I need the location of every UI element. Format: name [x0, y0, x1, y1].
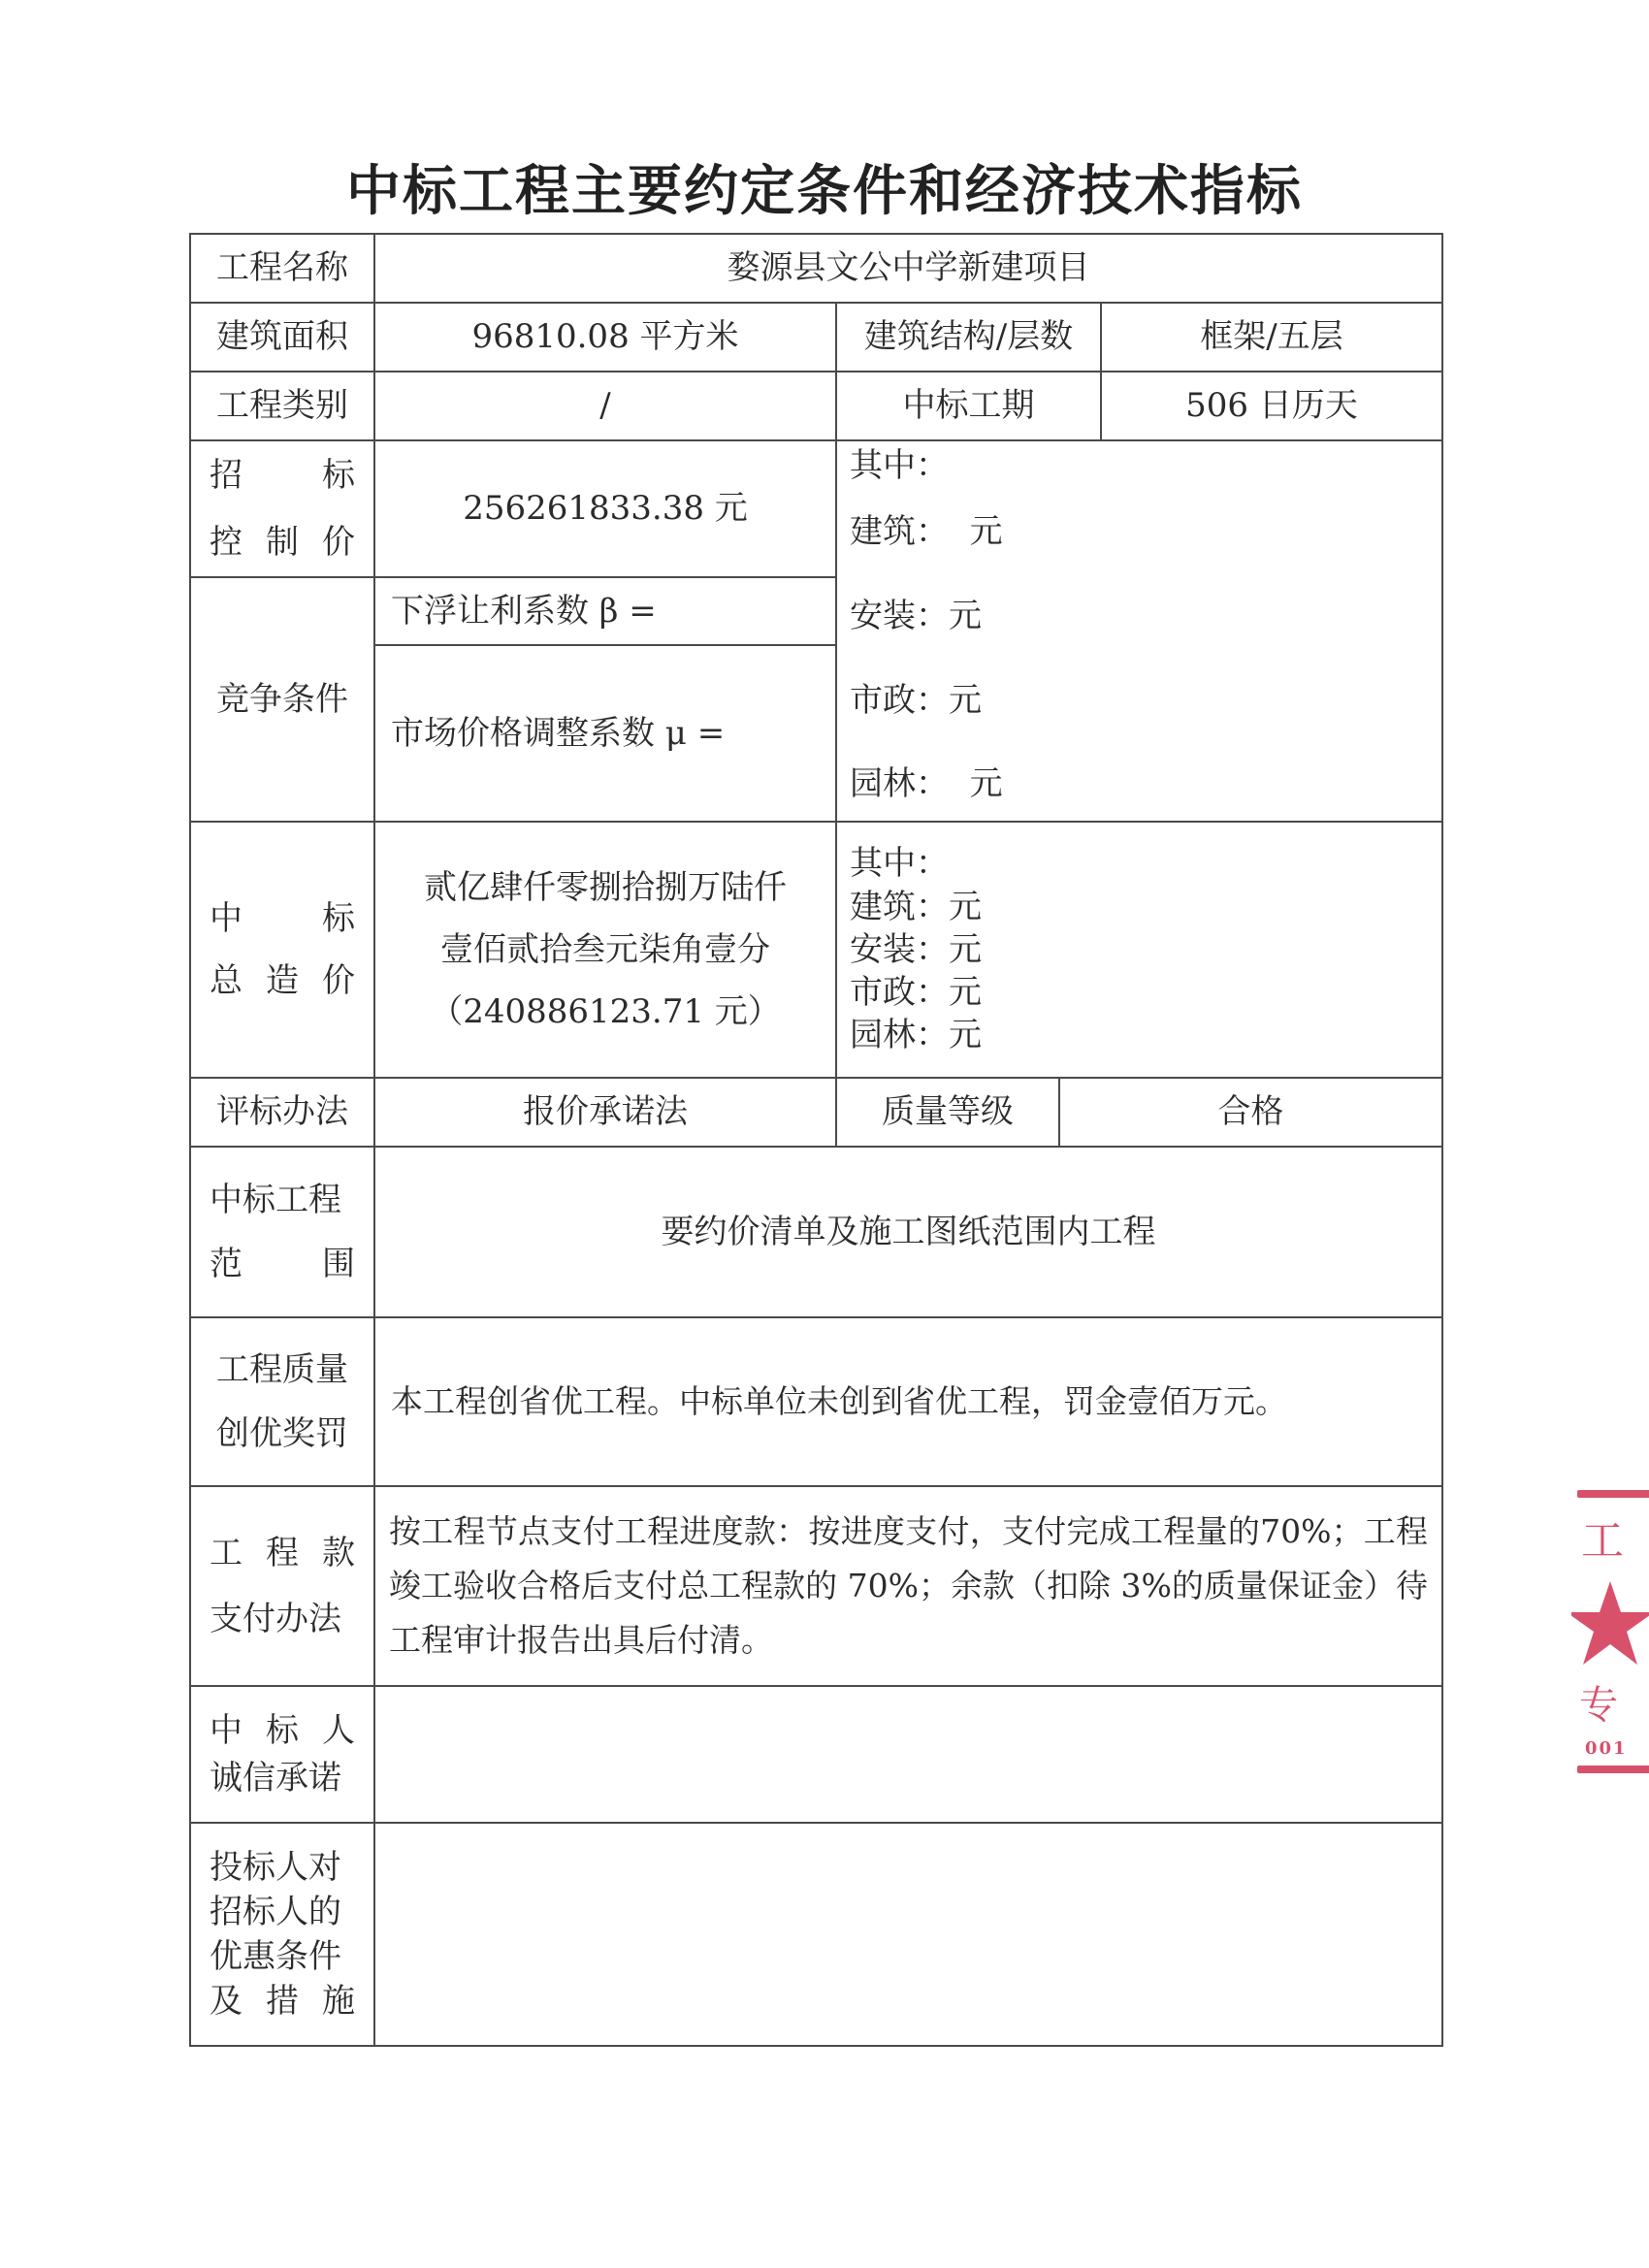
- winning-price-value: 贰亿肆仟零捌拾捌万陆仟 壹佰贰拾叁元柒角壹分 （240886123.71 元）: [375, 823, 835, 1077]
- document-title: 中标工程主要约定条件和经济技术指标: [0, 155, 1649, 229]
- project-type-value: /: [375, 373, 835, 439]
- structure-value: 框架/五层: [1102, 304, 1441, 371]
- period-label: 中标工期: [837, 373, 1100, 439]
- payment-value: 按工程节点支付工程进度款：按进度支付，支付完成工程量的70%；工程竣工验收合格后…: [375, 1487, 1441, 1685]
- preferential-label-line2: 招标人的: [210, 1891, 355, 1933]
- payment-label-line2: 支付办法: [210, 1598, 355, 1640]
- winning-price-label: 中 标 总 造 价: [191, 823, 373, 1077]
- winning-price-label-line1: 中 标: [210, 897, 355, 940]
- winning-price-label-line2: 总 造 价: [210, 959, 355, 1002]
- winning-price-words-line2: 壹佰贰拾叁元柒角壹分: [440, 928, 770, 971]
- building-area-value: 96810.08 平方米: [375, 304, 835, 371]
- integrity-label: 中 标 人 诚信承诺: [191, 1687, 373, 1822]
- quality-award-value: 本工程创省优工程。中标单位未创到省优工程，罚金壹佰万元。: [375, 1318, 1441, 1485]
- winning-breakdown-header: 其中：: [850, 836, 949, 884]
- stamp-bar-bottom: [1577, 1766, 1649, 1773]
- winning-breakdown-building: 建筑：元: [850, 880, 982, 927]
- table-border-bottom: [189, 2045, 1443, 2047]
- evaluation-label: 评标办法: [191, 1079, 373, 1146]
- winning-price-words-line1: 贰亿肆仟零捌拾捌万陆仟: [424, 866, 787, 909]
- competition-beta: 下浮让利系数 β =: [375, 578, 835, 644]
- preferential-label-line1: 投标人对: [210, 1846, 355, 1889]
- competition-mu: 市场价格调整系数 μ =: [375, 646, 835, 821]
- preferential-label: 投标人对 招标人的 优惠条件 及 措 施: [191, 1824, 373, 2045]
- structure-label: 建筑结构/层数: [837, 304, 1100, 371]
- winning-breakdown-install: 安装：元: [850, 923, 982, 970]
- star-icon: [1571, 1581, 1649, 1669]
- control-price-label-line2: 控 制 价: [210, 521, 355, 564]
- scope-label: 中标工程 范 围: [191, 1148, 373, 1316]
- stamp-bar-top: [1577, 1490, 1649, 1498]
- control-breakdown-garden: 园林： 元: [850, 757, 1003, 804]
- winning-breakdown-garden: 园林：元: [850, 1008, 982, 1055]
- integrity-label-line1: 中 标 人: [210, 1709, 355, 1752]
- quality-grade-label: 质量等级: [837, 1079, 1058, 1146]
- integrity-value: [375, 1687, 1441, 1822]
- preferential-label-line4: 及 措 施: [210, 1980, 355, 2023]
- payment-label-line1: 工 程 款: [210, 1532, 355, 1574]
- project-name-value: 婺源县文公中学新建项目: [375, 235, 1441, 302]
- stamp-number: 001: [1585, 1738, 1628, 1759]
- stamp-char-top: 工: [1581, 1506, 1624, 1568]
- stamp-char-bottom: 专: [1579, 1674, 1618, 1730]
- red-seal-stamp: 工 专 001: [1569, 1484, 1649, 1785]
- scope-label-line1: 中标工程: [210, 1179, 355, 1221]
- competition-label: 竞争条件: [191, 578, 373, 821]
- control-breakdown-header: 其中：: [850, 438, 949, 486]
- scope-label-line2: 范 围: [210, 1243, 355, 1285]
- control-breakdown-install: 安装：元: [850, 589, 982, 636]
- quality-grade-value: 合格: [1060, 1079, 1441, 1146]
- control-price-label: 招 标 控 制 价: [191, 441, 373, 576]
- control-breakdown-municipal: 市政：元: [850, 673, 982, 721]
- quality-award-label: 工程质量 创优奖罚: [191, 1318, 373, 1485]
- quality-award-label-line2: 创优奖罚: [216, 1412, 348, 1455]
- scope-value: 要约价清单及施工图纸范围内工程: [375, 1148, 1441, 1316]
- building-area-label: 建筑面积: [191, 304, 373, 371]
- period-value: 506 日历天: [1102, 373, 1441, 439]
- preferential-value: [375, 1824, 1441, 2045]
- control-breakdown-building: 建筑： 元: [850, 504, 1003, 552]
- quality-award-label-line1: 工程质量: [216, 1348, 348, 1391]
- control-price-value: 256261833.38 元: [375, 441, 835, 576]
- evaluation-value: 报价承诺法: [375, 1079, 835, 1146]
- payment-label: 工 程 款 支付办法: [191, 1487, 373, 1685]
- winning-price-number: （240886123.71 元）: [430, 990, 781, 1033]
- project-name-label: 工程名称: [191, 235, 373, 302]
- preferential-label-line3: 优惠条件: [210, 1935, 355, 1978]
- winning-breakdown-municipal: 市政：元: [850, 965, 982, 1013]
- table-border-right: [1441, 233, 1443, 2047]
- control-price-label-line1: 招 标: [210, 454, 355, 497]
- payment-text: 按工程节点支付工程进度款：按进度支付，支付完成工程量的70%；工程竣工验收合格后…: [375, 1505, 1441, 1668]
- project-type-label: 工程类别: [191, 373, 373, 439]
- integrity-label-line2: 诚信承诺: [210, 1757, 355, 1799]
